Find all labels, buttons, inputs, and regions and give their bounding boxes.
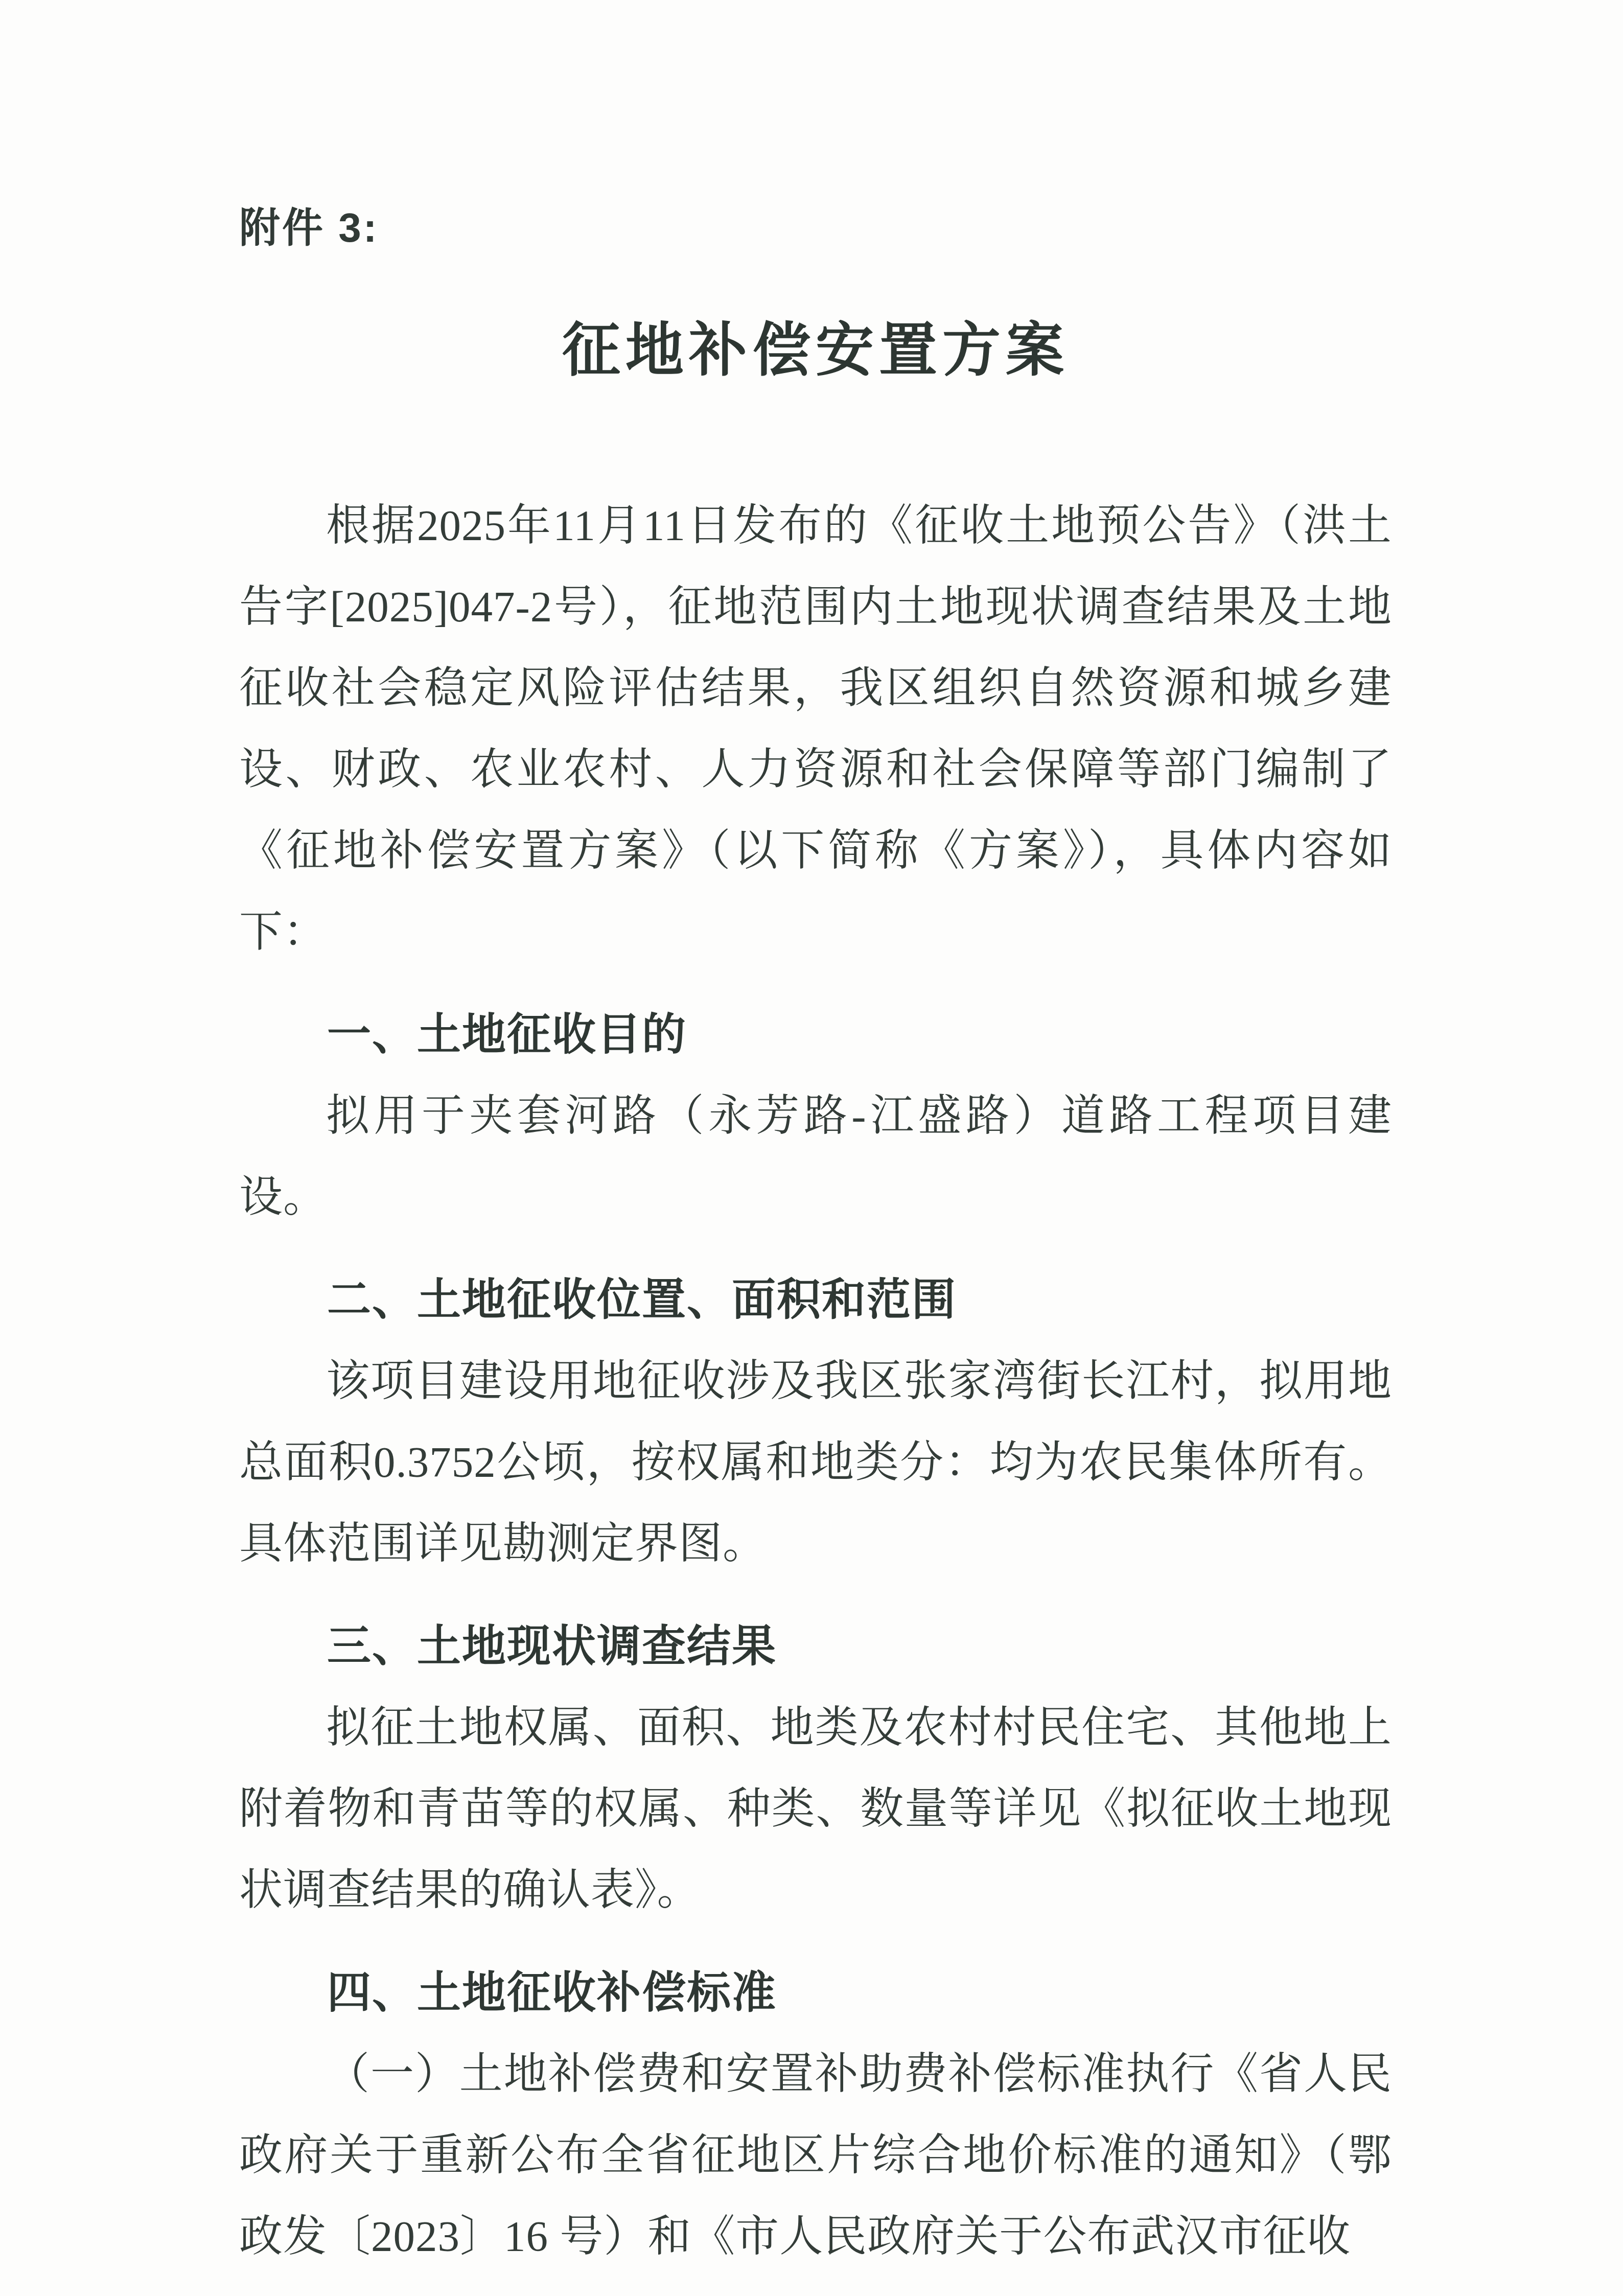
section-4-paragraph: （一）土地补偿费和安置补助费补偿标准执行《省人民政府关于重新公布全省征地区片综合…: [239, 2034, 1392, 2278]
scanned-document-page: 附件 3: 征地补偿安置方案 根据2025年11月11日发布的《征收土地预公告》…: [0, 0, 1623, 2296]
intro-paragraph: 根据2025年11月11日发布的《征收土地预公告》（洪土告字[2025]047-…: [239, 485, 1392, 973]
section-4-heading: 四、土地征收补偿标准: [239, 1953, 1392, 2034]
section-3-heading: 三、土地现状调查结果: [239, 1606, 1392, 1687]
attachment-label: 附件 3:: [239, 203, 1392, 252]
section-3-paragraph: 拟征土地权属、面积、地类及农村村民住宅、其他地上附着物和青苗等的权属、种类、数量…: [239, 1687, 1392, 1931]
section-1-paragraph: 拟用于夹套河路（永芳路-江盛路）道路工程项目建设。: [239, 1076, 1392, 1238]
section-1-heading: 一、土地征收目的: [239, 994, 1392, 1076]
section-2-heading: 二、土地征收位置、面积和范围: [239, 1260, 1392, 1341]
section-2-paragraph: 该项目建设用地征收涉及我区张家湾街长江村，拟用地总面积0.3752公顷，按权属和…: [239, 1341, 1392, 1585]
document-title: 征地补偿安置方案: [239, 313, 1392, 388]
